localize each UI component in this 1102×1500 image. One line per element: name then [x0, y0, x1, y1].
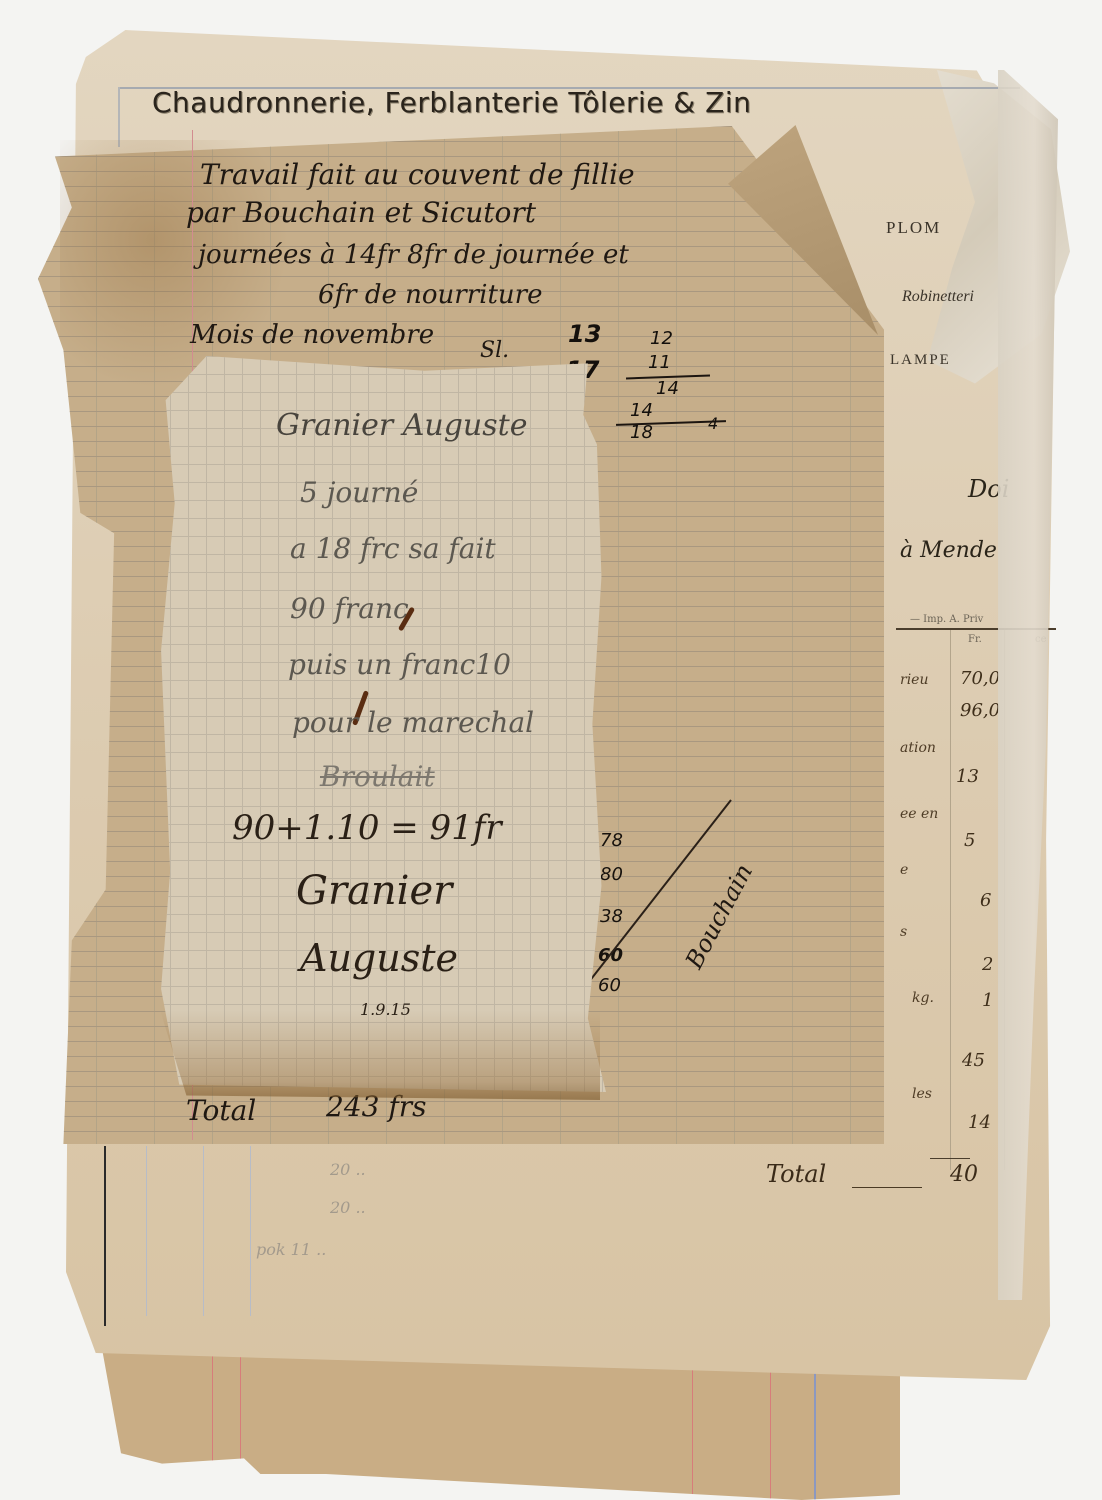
note-line: 90 franc [290, 592, 409, 625]
tally-number: 14 [630, 400, 653, 421]
invoice-total-value: 40 [950, 1162, 978, 1187]
tally-number: 12 [650, 328, 673, 349]
faint-row: 20 .. [330, 1160, 366, 1179]
invoice-item: ation [900, 740, 936, 756]
invoice-amount: 1 [982, 990, 993, 1011]
invoice-amount: 5 [964, 830, 975, 851]
total-rule [930, 1158, 970, 1159]
note-mark: 1.9.15 [360, 1000, 411, 1019]
note-line: pour le marechal [292, 706, 534, 739]
letterhead-line: LAMPE [890, 352, 951, 369]
note-line: a 18 frc sa fait [290, 532, 496, 565]
torn-edge-strip [998, 70, 1058, 1300]
tally-number: 18 [630, 422, 653, 443]
water-stain [160, 1010, 600, 1100]
note-signature-first: Granier [296, 868, 452, 914]
invoice-item: kg. [912, 990, 934, 1006]
note-struck-line: Broulait [320, 760, 435, 793]
invoice-amount: 70,0 [960, 668, 1000, 689]
invoice-item: les [912, 1086, 932, 1102]
tally-number: 14 [656, 378, 679, 399]
ledger-line: journées à 14fr 8fr de journée et [198, 240, 629, 270]
ledger-abbrev: Sl. [480, 338, 509, 363]
ledger-total-label: Total [186, 1094, 256, 1127]
letterhead-line: Robinetteri [902, 288, 974, 306]
total-underline [852, 1187, 922, 1188]
letterhead-title: Chaudronnerie, Ferblanterie Tôlerie & Zi… [152, 86, 751, 119]
note-line: puis un franc10 [288, 648, 511, 681]
invoice-item: e [900, 862, 908, 878]
invoice-location: à Mende [900, 538, 997, 563]
column-rule [950, 630, 951, 1170]
column-value: 80 [600, 864, 623, 885]
column-value: 38 [600, 906, 623, 927]
note-signature-last: Auguste [300, 936, 458, 980]
tally-number: 13 [568, 320, 601, 348]
ledger-line: par Bouchain et Sicutort [186, 196, 536, 229]
letterhead-line: PLOM [886, 218, 941, 238]
invoice-amount: 45 [962, 1050, 985, 1071]
invoice-total-label: Total [766, 1160, 826, 1188]
invoice-item: rieu [900, 672, 928, 688]
column-header-fr: Fr. [968, 634, 982, 645]
faint-row: 20 .. [330, 1198, 366, 1217]
invoice-amount: 14 [968, 1112, 991, 1133]
ledger-vline [203, 1146, 204, 1316]
note-line: 5 journé [300, 476, 418, 509]
ledger-line: Mois de novembre [190, 320, 434, 350]
note-heading: Granier Auguste [276, 408, 527, 443]
ledger-line: 6fr de nourriture [318, 280, 542, 310]
tally-number: 11 [648, 352, 671, 373]
invoice-amount: 96,0 [960, 700, 1000, 721]
tally-number: 4 [708, 414, 718, 433]
ledger-border [104, 1146, 106, 1326]
invoice-amount: 2 [982, 954, 993, 975]
invoice-amount: 13 [956, 766, 979, 787]
letterhead-rule [118, 87, 120, 147]
note-calculation: 90+1.10 = 91fr [232, 808, 502, 848]
column-value: 60 [598, 975, 621, 996]
column-value: 78 [600, 830, 623, 851]
faint-row: pok 11 .. [256, 1240, 326, 1259]
ledger-line: Travail fait au couvent de fillie [200, 158, 635, 191]
ledger-vline [250, 1146, 251, 1316]
invoice-amount: 6 [980, 890, 991, 911]
invoice-item: ee en [900, 806, 938, 822]
printer-credit: — Imp. A. Priv [910, 614, 983, 625]
invoice-item: s [900, 924, 907, 940]
ledger-vline [146, 1146, 147, 1316]
